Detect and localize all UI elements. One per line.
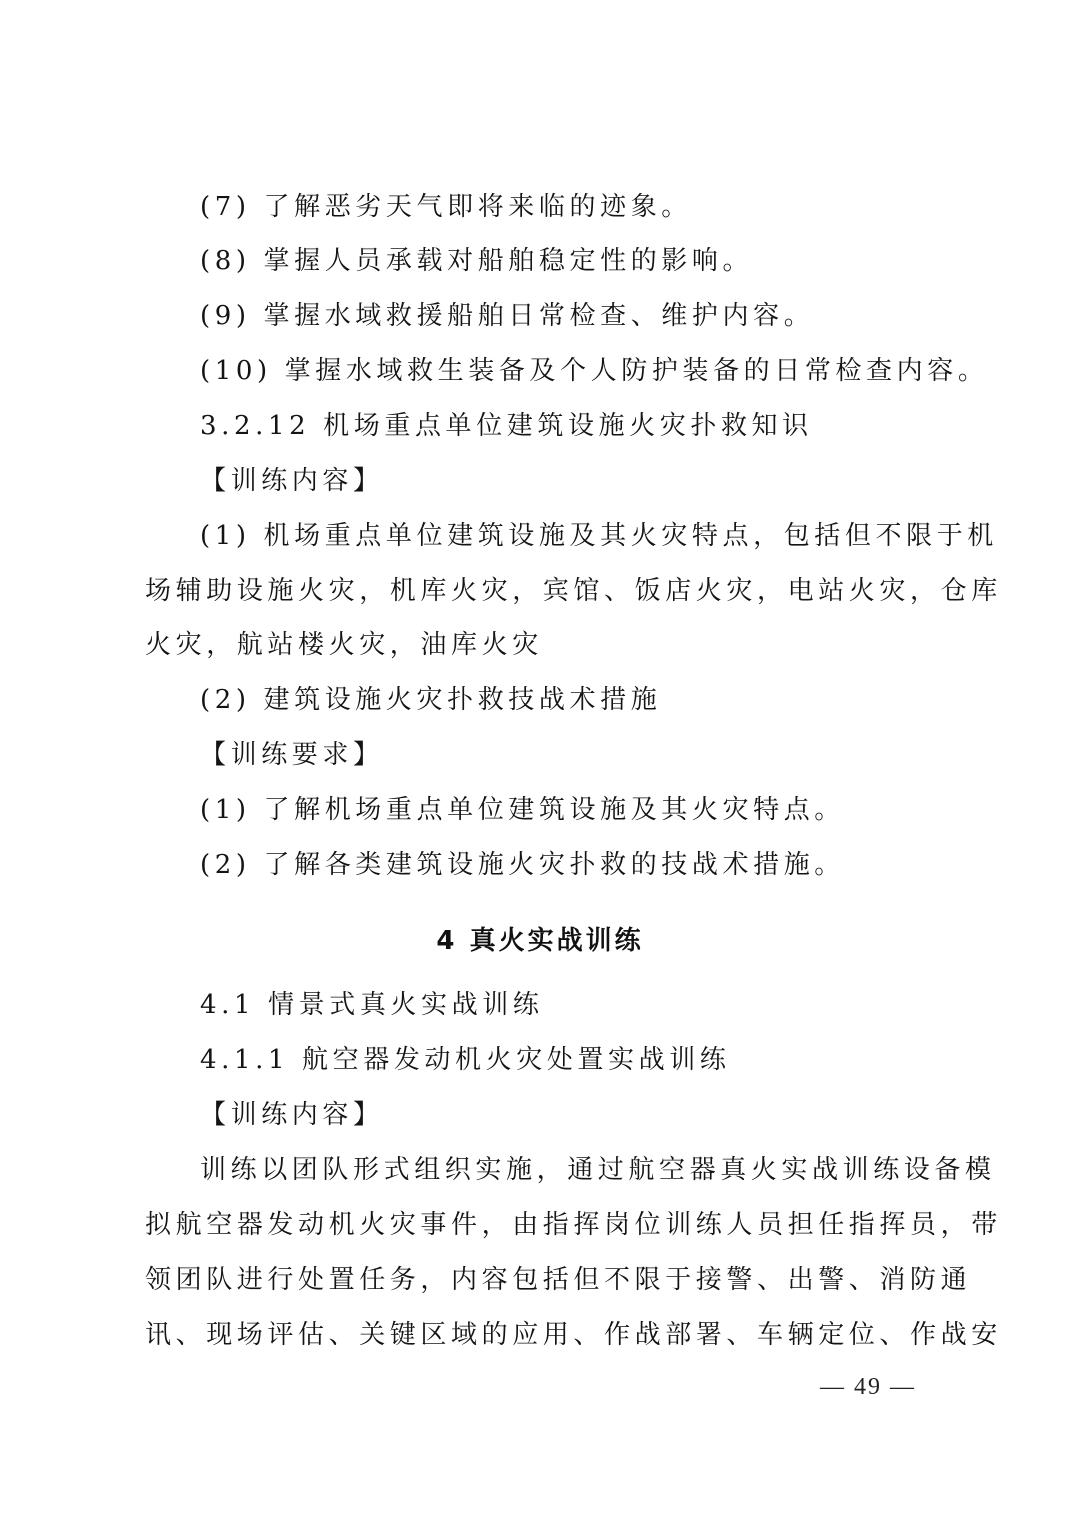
label-training-requirements: 【训练要求】 xyxy=(200,740,384,770)
label-training-content-2: 【训练内容】 xyxy=(200,1100,384,1130)
paragraph-line-1: 训练以团队形式组织实施，通过航空器真火实战训练设备模 xyxy=(200,1155,996,1185)
content-item-1-line-1: (1) 机场重点单位建筑设施及其火灾特点，包括但不限于机 xyxy=(200,521,998,551)
section-heading-4-1-1: 4.1.1 航空器发动机火灾处置实战训练 xyxy=(200,1045,730,1075)
document-page: (7) 了解恶劣天气即将来临的迹象。 (8) 掌握人员承载对船舶稳定性的影响。 … xyxy=(0,0,1080,1528)
chapter-heading: 4 真火实战训练 xyxy=(0,920,1080,957)
requirement-item-1: (1) 了解机场重点单位建筑设施及其火灾特点。 xyxy=(200,795,845,825)
section-heading-3-2-12: 3.2.12 机场重点单位建筑设施火灾扑救知识 xyxy=(200,411,813,441)
paragraph-line-3: 领团队进行处置任务，内容包括但不限于接警、出警、消防通 xyxy=(145,1265,971,1295)
section-heading-4-1: 4.1 情景式真火实战训练 xyxy=(200,990,543,1020)
item-10: (10) 掌握水域救生装备及个人防护装备的日常检查内容。 xyxy=(200,356,988,386)
item-9: (9) 掌握水域救援船舶日常检查、维护内容。 xyxy=(200,301,814,331)
page-number: — 49 — xyxy=(820,1374,916,1401)
content-item-1-line-2: 场辅助设施火灾，机库火灾，宾馆、饭店火灾，电站火灾，仓库 xyxy=(145,576,1002,606)
label-training-content: 【训练内容】 xyxy=(200,466,384,496)
paragraph-line-4: 讯、现场评估、关键区域的应用、作战部署、车辆定位、作战安 xyxy=(145,1320,1002,1350)
requirement-item-2: (2) 了解各类建筑设施火灾扑救的技战术措施。 xyxy=(200,850,845,880)
content-item-2: (2) 建筑设施火灾扑救技战术措施 xyxy=(200,685,661,715)
paragraph-line-2: 拟航空器发动机火灾事件，由指挥岗位训练人员担任指挥员，带 xyxy=(145,1210,1002,1240)
item-7: (7) 了解恶劣天气即将来临的迹象。 xyxy=(200,192,692,222)
item-8: (8) 掌握人员承载对船舶稳定性的影响。 xyxy=(200,246,753,276)
content-item-1-line-3: 火灾，航站楼火灾，油库火灾 xyxy=(145,630,543,660)
